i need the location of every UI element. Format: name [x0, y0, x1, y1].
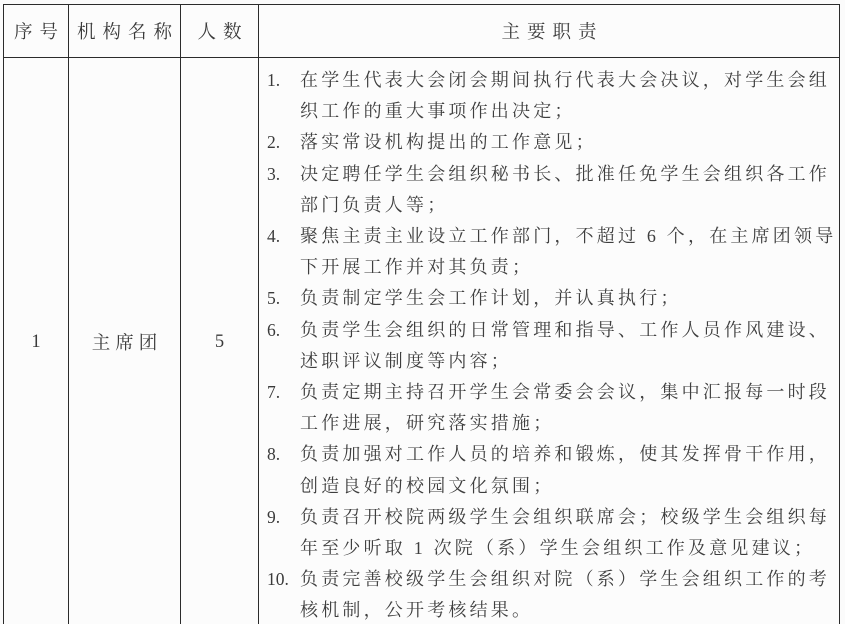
- duty-number: 9.: [267, 502, 300, 533]
- duty-list-item: 9. 负责召开校院两级学生会组织联席会；校级学生会组织每年至少听取 1 次院（系…: [267, 502, 839, 564]
- duty-list-item: 5. 负责制定学生会工作计划，并认真执行；: [267, 283, 839, 314]
- duty-text: 在学生代表大会闭会期间执行代表大会决议，对学生会组织工作的重大事项作出决定；: [300, 65, 839, 127]
- duties-list: 1. 在学生代表大会闭会期间执行代表大会决议，对学生会组织工作的重大事项作出决定…: [267, 65, 839, 624]
- cell-org-name: 主席团: [69, 58, 181, 624]
- duty-list-item: 4. 聚焦主责主业设立工作部门，不超过 6 个，在主席团领导下开展工作并对其负责…: [267, 221, 839, 283]
- duty-text: 负责完善校级学生会组织对院（系）学生会组织工作的考核机制，公开考核结果。: [300, 564, 839, 624]
- duty-number: 4.: [267, 221, 300, 252]
- duty-text: 负责召开校院两级学生会组织联席会；校级学生会组织每年至少听取 1 次院（系）学生…: [300, 502, 839, 564]
- duty-number: 3.: [267, 159, 300, 190]
- duty-text: 聚焦主责主业设立工作部门，不超过 6 个，在主席团领导下开展工作并对其负责；: [300, 221, 839, 283]
- duty-text: 负责制定学生会工作计划，并认真执行；: [300, 283, 839, 314]
- duty-number: 1.: [267, 65, 300, 96]
- org-duties-table: 序号 机构名称 人数 主要职责 1 主席团 5 1. 在学生代表大会闭会期间执行…: [3, 4, 840, 624]
- column-header-main-duties: 主要职责: [259, 5, 840, 58]
- duty-number: 2.: [267, 127, 300, 158]
- duty-text: 决定聘任学生会组织秘书长、批准任免学生会组织各工作部门负责人等；: [300, 159, 839, 221]
- duty-number: 8.: [267, 439, 300, 470]
- document-page: 序号 机构名称 人数 主要职责 1 主席团 5 1. 在学生代表大会闭会期间执行…: [0, 0, 845, 624]
- duty-text: 负责学生会组织的日常管理和指导、工作人员作风建设、述职评议制度等内容；: [300, 315, 839, 377]
- duty-text: 落实常设机构提出的工作意见；: [300, 127, 839, 158]
- duty-list-item: 2. 落实常设机构提出的工作意见；: [267, 127, 839, 158]
- table-header-row: 序号 机构名称 人数 主要职责: [4, 5, 840, 58]
- cell-member-count: 5: [181, 58, 259, 624]
- duty-list-item: 10. 负责完善校级学生会组织对院（系）学生会组织工作的考核机制，公开考核结果。: [267, 564, 839, 624]
- column-header-member-count: 人数: [181, 5, 259, 58]
- duty-number: 7.: [267, 377, 300, 408]
- cell-row-index: 1: [4, 58, 69, 624]
- column-header-index: 序号: [4, 5, 69, 58]
- duty-list-item: 3. 决定聘任学生会组织秘书长、批准任免学生会组织各工作部门负责人等；: [267, 159, 839, 221]
- duty-list-item: 8. 负责加强对工作人员的培养和锻炼，使其发挥骨干作用，创造良好的校园文化氛围；: [267, 439, 839, 501]
- duty-number: 10.: [267, 564, 300, 595]
- duty-list-item: 1. 在学生代表大会闭会期间执行代表大会决议，对学生会组织工作的重大事项作出决定…: [267, 65, 839, 127]
- duty-number: 6.: [267, 315, 300, 346]
- duty-text: 负责定期主持召开学生会常委会会议，集中汇报每一时段工作进展，研究落实措施；: [300, 377, 839, 439]
- duty-list-item: 7. 负责定期主持召开学生会常委会会议，集中汇报每一时段工作进展，研究落实措施；: [267, 377, 839, 439]
- cell-main-duties: 1. 在学生代表大会闭会期间执行代表大会决议，对学生会组织工作的重大事项作出决定…: [259, 58, 840, 624]
- table-row: 1 主席团 5 1. 在学生代表大会闭会期间执行代表大会决议，对学生会组织工作的…: [4, 58, 840, 624]
- column-header-org-name: 机构名称: [69, 5, 181, 58]
- duty-text: 负责加强对工作人员的培养和锻炼，使其发挥骨干作用，创造良好的校园文化氛围；: [300, 439, 839, 501]
- duty-list-item: 6. 负责学生会组织的日常管理和指导、工作人员作风建设、述职评议制度等内容；: [267, 315, 839, 377]
- duty-number: 5.: [267, 283, 300, 314]
